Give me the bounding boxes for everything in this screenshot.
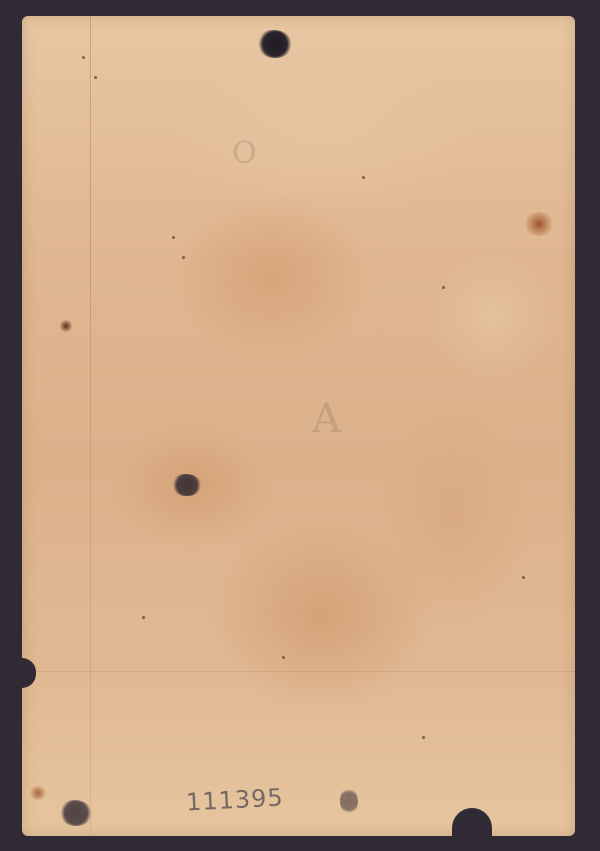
- rust-spot-bottom-left: [30, 786, 46, 800]
- foxing-speck: [182, 256, 185, 259]
- vertical-fold-line: [90, 16, 91, 836]
- rust-stain-right: [524, 212, 554, 236]
- foxing-speck: [82, 56, 85, 59]
- foxing-speck: [282, 656, 285, 659]
- torn-edge-left: [22, 658, 36, 688]
- ink-blot-top: [258, 30, 292, 58]
- foxing-speck: [94, 76, 97, 79]
- horizontal-fold-line: [22, 671, 575, 672]
- show-through-print: A: [312, 396, 341, 442]
- foxing-speck: [362, 176, 365, 179]
- ink-smudge-bottom: [340, 788, 358, 814]
- torn-edge-bottom: [452, 808, 492, 838]
- ink-blot-middle: [172, 474, 202, 496]
- ink-blot-bottom-left: [60, 800, 92, 826]
- foxing-speck: [422, 736, 425, 739]
- show-through-print: O: [232, 136, 257, 171]
- foxing-speck: [522, 576, 525, 579]
- foxing-speck: [172, 236, 175, 239]
- foxing-speck: [442, 286, 445, 289]
- dark-spot-left: [60, 320, 72, 332]
- foxing-speck: [142, 616, 145, 619]
- handwritten-inventory-number: 111395: [185, 783, 284, 816]
- paper-sheet: O A 111395: [22, 16, 575, 836]
